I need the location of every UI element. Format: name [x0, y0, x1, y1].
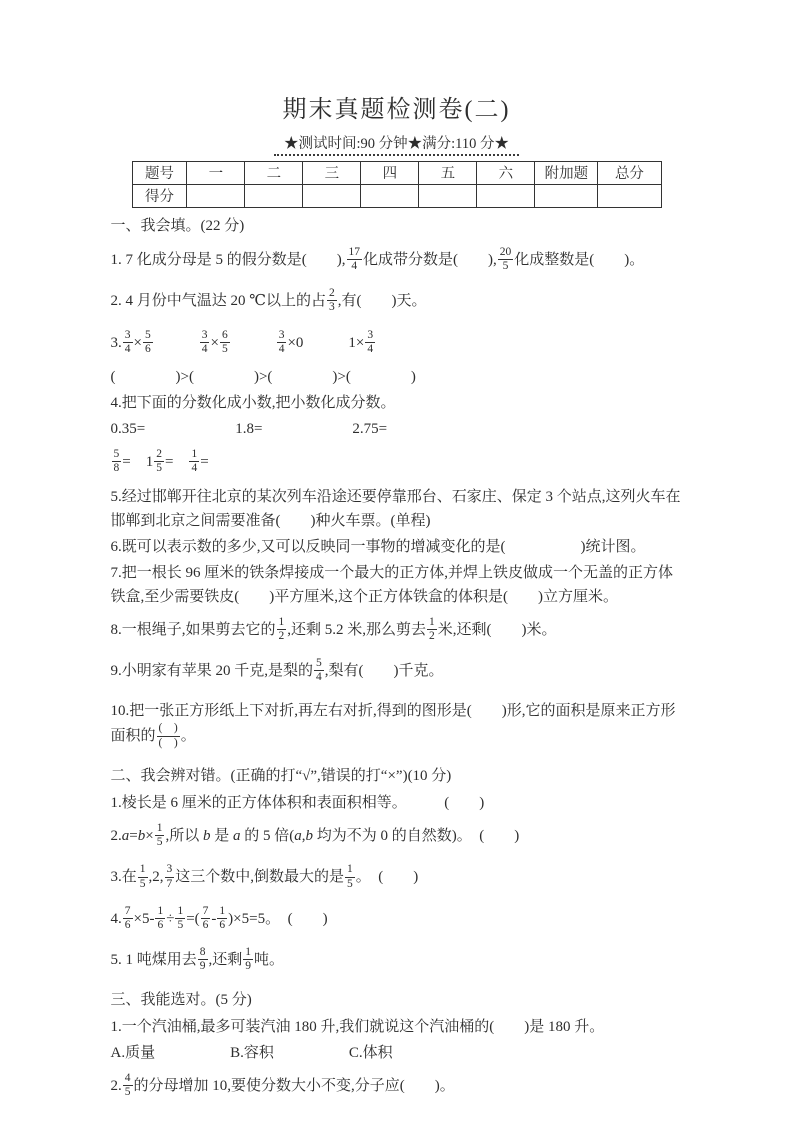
fraction: 76: [201, 905, 211, 932]
fraction: 34: [123, 329, 133, 356]
section-heading-3: 三、我能选对。(5 分): [111, 986, 683, 1014]
fraction: 15: [138, 863, 148, 890]
fraction: 45: [123, 1072, 133, 1099]
question-line: 5.经过邯郸开往北京的某次列车沿途还要停靠邢台、石家庄、保定 3 个站点,这列火…: [111, 484, 683, 534]
section-heading-1: 一、我会填。(22 分): [111, 212, 683, 240]
question-line: 2.a=b×15,所以 b 是 a 的 5 倍(a,b 均为不为 0 的自然数)…: [111, 816, 683, 857]
score-table-header-cell: 三: [303, 161, 361, 184]
fraction: 205: [498, 246, 514, 273]
score-cell: [303, 184, 361, 207]
score-table-header-cell: 总分: [598, 161, 661, 184]
score-table-header-cell: 一: [187, 161, 245, 184]
question-line: ( )>( )>( )>( ): [111, 364, 683, 390]
question-line: 0.35= 1.8= 2.75=: [111, 416, 683, 442]
score-table-header-cell: 六: [477, 161, 535, 184]
fraction: 76: [123, 905, 133, 932]
question-line: 2.45的分母增加 10,要使分数大小不变,分子应( )。: [111, 1066, 683, 1107]
exam-content: 一、我会填。(22 分)1. 7 化成分母是 5 的假分数是( ),174化成带…: [111, 212, 683, 1107]
fraction: 16: [217, 905, 227, 932]
score-cell: [245, 184, 303, 207]
score-row-label: 得分: [132, 184, 187, 207]
score-table-header-cell: 二: [245, 161, 303, 184]
fraction: 19: [243, 946, 253, 973]
fraction: 15: [345, 863, 355, 890]
fraction: 12: [277, 616, 287, 643]
subtitle-row: ★测试时间:90 分钟★满分:110 分★: [0, 132, 793, 156]
score-cell: [598, 184, 661, 207]
question-line: 4.76×5-16÷15=(76-16)×5=5。 ( ): [111, 899, 683, 940]
score-cell: [535, 184, 598, 207]
page-title: 期末真题检测卷(二): [0, 96, 793, 125]
question-line: 1. 7 化成分母是 5 的假分数是( ),174化成带分数是( ),205化成…: [111, 240, 683, 281]
score-cell: [361, 184, 419, 207]
score-table-header-cell: 四: [361, 161, 419, 184]
fraction: ( )( ): [157, 722, 180, 749]
question-line: 7.把一根长 96 厘米的铁条焊接成一个最大的正方体,并焊上铁皮做成一个无盖的正…: [111, 560, 683, 610]
fraction: 15: [155, 822, 165, 849]
question-line: 5. 1 吨煤用去89,还剩19吨。: [111, 940, 683, 981]
score-table: 题号一二三四五六附加题总分得分: [132, 161, 662, 208]
score-table-label: 题号: [132, 161, 187, 184]
score-cell: [477, 184, 535, 207]
question-line: 2. 4 月份中气温达 20 ℃以上的占23,有( )天。: [111, 281, 683, 322]
fraction: 16: [155, 905, 165, 932]
fraction: 54: [314, 657, 324, 684]
section-heading-2: 二、我会辨对错。(正确的打“√”,错误的打“×”)(10 分): [111, 762, 683, 790]
question-line: 1.一个汽油桶,最多可装汽油 180 升,我们就说这个汽油桶的( )是 180 …: [111, 1014, 683, 1040]
question-line: 3.34×56 34×65 34×0 1×34: [111, 323, 683, 364]
fraction: 56: [143, 329, 153, 356]
fraction: 89: [198, 946, 208, 973]
fraction: 174: [347, 246, 363, 273]
fraction: 34: [277, 329, 287, 356]
fraction: 25: [154, 448, 164, 475]
score-table-header-cell: 五: [419, 161, 477, 184]
question-line: 9.小明家有苹果 20 千克,是梨的54,梨有( )千克。: [111, 651, 683, 692]
question-line: 8.一根绳子,如果剪去它的12,还剩 5.2 米,那么剪去12米,还剩( )米。: [111, 610, 683, 651]
fraction: 37: [165, 863, 175, 890]
question-line: 6.既可以表示数的多少,又可以反映同一事物的增减变化的是( )统计图。: [111, 534, 683, 560]
question-line: 10.把一张正方形纸上下对折,再左右对折,得到的图形是( )形,它的面积是原来正…: [111, 692, 683, 757]
score-table-header-cell: 附加题: [535, 161, 598, 184]
question-line: 3.在15,2,37这三个数中,倒数最大的是15。 ( ): [111, 857, 683, 898]
fraction: 58: [112, 448, 122, 475]
fraction: 23: [327, 287, 337, 314]
question-line: A.质量 B.容积 C.体积: [111, 1040, 683, 1066]
score-cell: [419, 184, 477, 207]
exam-paper: 期末真题检测卷(二) ★测试时间:90 分钟★满分:110 分★ 题号一二三四五…: [0, 0, 793, 1122]
fraction: 14: [189, 448, 199, 475]
fraction: 15: [175, 905, 185, 932]
fraction: 34: [200, 329, 210, 356]
question-line: 58= 125= 14=: [111, 442, 683, 483]
score-cell: [187, 184, 245, 207]
exam-info-subtitle: ★测试时间:90 分钟★满分:110 分★: [274, 132, 519, 156]
fraction: 34: [365, 329, 375, 356]
question-line: 1.棱长是 6 厘米的正方体体积和表面积相等。 ( ): [111, 790, 683, 816]
fraction: 12: [427, 616, 437, 643]
question-line: 4.把下面的分数化成小数,把小数化成分数。: [111, 390, 683, 416]
fraction: 65: [220, 329, 230, 356]
